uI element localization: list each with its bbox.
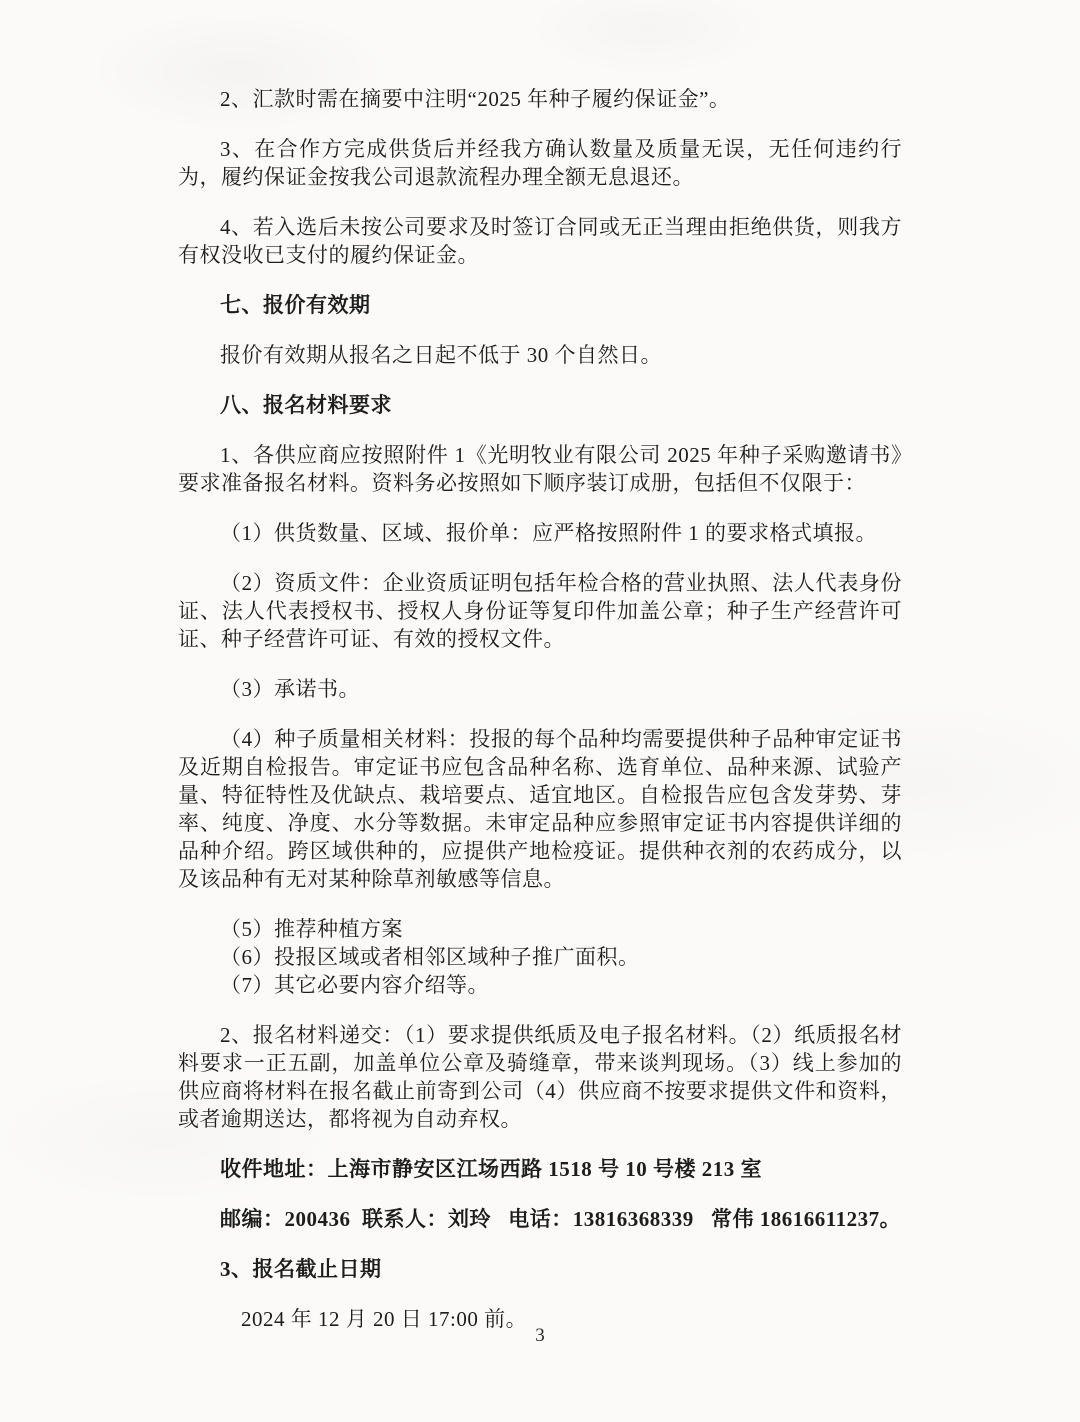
- clause-4-forfeit-terms: 4、若入选后未按公司要求及时签订合同或无正当理由拒绝供货，则我方有权没收已支付的…: [178, 213, 902, 269]
- item-5-planting-plan: （5）推荐种植方案: [178, 915, 902, 943]
- mailing-address: 收件地址：上海市静安区江场西路 1518 号 10 号楼 213 室: [178, 1155, 902, 1183]
- postcode-and-contacts: 邮编：200436 联系人：刘玲 电话：13816368339 常伟 18616…: [178, 1205, 902, 1233]
- quote-validity-text: 报价有效期从报名之日起不低于 30 个自然日。: [178, 341, 902, 369]
- section-7-heading: 七、报价有效期: [178, 291, 902, 319]
- document-body: 2、汇款时需在摘要中注明“2025 年种子履约保证金”。3、在合作方完成供货后并…: [178, 85, 902, 1333]
- item-6-promotion-area: （6）投报区域或者相邻区域种子推广面积。: [178, 943, 902, 971]
- clause-3-refund-terms: 3、在合作方完成供货后并经我方确认数量及质量无误，无任何违约行为，履约保证金按我…: [178, 135, 902, 191]
- page-number: 3: [0, 1322, 1080, 1350]
- item-7-other-content: （7）其它必要内容介绍等。: [178, 971, 902, 999]
- item-2-qualification-documents: （2）资质文件：企业资质证明包括年检合格的营业执照、法人代表身份证、法人代表授权…: [178, 569, 902, 653]
- document-page: 2、汇款时需在摘要中注明“2025 年种子履约保证金”。3、在合作方完成供货后并…: [0, 0, 1080, 1422]
- item-4-seed-quality-materials: （4）种子质量相关材料：投报的每个品种均需要提供种子品种审定证书及近期自检报告。…: [178, 725, 902, 893]
- item-1-quantity-region-quote: （1）供货数量、区域、报价单：应严格按照附件 1 的要求格式填报。: [178, 519, 902, 547]
- section-8-heading: 八、报名材料要求: [178, 391, 902, 419]
- materials-intro: 1、各供应商应按照附件 1《光明牧业有限公司 2025 年种子采购邀请书》要求准…: [178, 441, 902, 497]
- materials-submission: 2、报名材料递交：（1）要求提供纸质及电子报名材料。（2）纸质报名材料要求一正五…: [178, 1021, 902, 1133]
- item-3-commitment-letter: （3）承诺书。: [178, 675, 902, 703]
- deadline-heading: 3、报名截止日期: [178, 1255, 902, 1283]
- clause-2-remittance-note: 2、汇款时需在摘要中注明“2025 年种子履约保证金”。: [178, 85, 902, 113]
